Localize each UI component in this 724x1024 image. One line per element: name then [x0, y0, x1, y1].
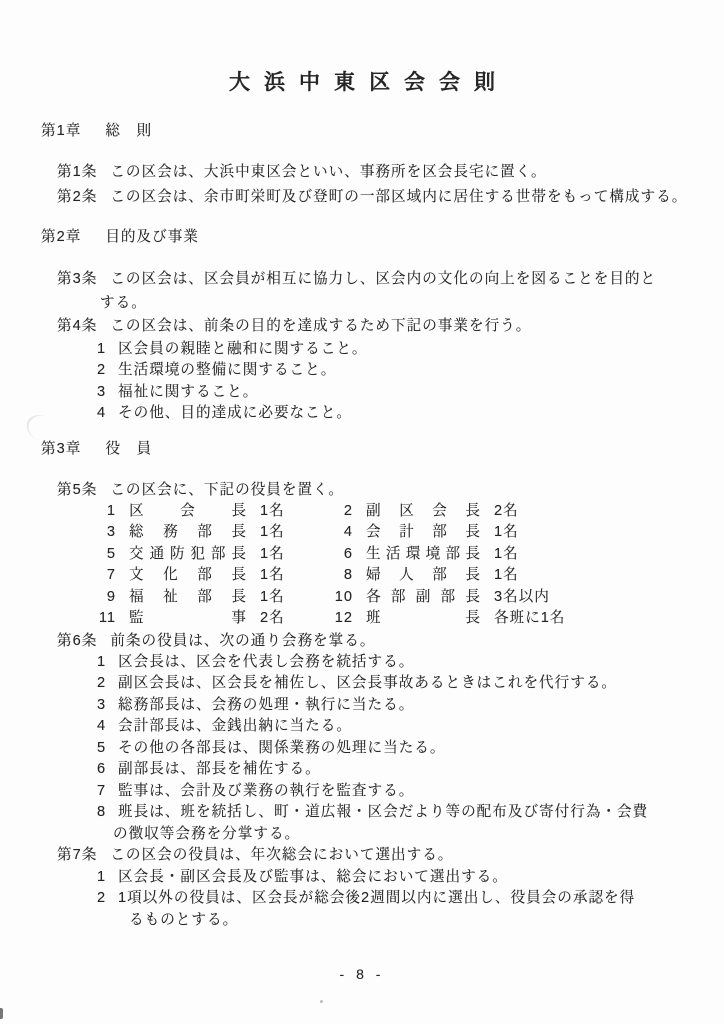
list-item: 6副部長は、部長を補佐する。: [0, 759, 724, 781]
list-item: 2生活環境の整備に関すること。: [0, 360, 724, 382]
list-item: 4会計部長は、金銭出納に当たる。: [0, 716, 724, 738]
officer-number: 6: [333, 544, 353, 566]
article-6: 第6条前条の役員は、次の通り会務を掌る。: [0, 630, 724, 652]
article-1-text: この区会は、大浜中東区会といい、事務所を区会長宅に置く。: [110, 164, 546, 180]
scanned-document-page: 大浜中東区会会則 第1章総 則 第1条この区会は、大浜中東区会といい、事務所を区…: [0, 0, 724, 1024]
officer-number: 11: [92, 608, 116, 630]
list-item: 1区会長・副区会長及び監事は、総会において選出する。: [0, 867, 724, 889]
officer-title: 副区会長: [366, 501, 481, 523]
article-7-label: 第7条: [57, 847, 97, 863]
scan-speck: [0, 1008, 3, 1019]
officer-title: 監事: [129, 608, 247, 630]
chapter-1-heading: 第1章総 則: [0, 120, 724, 142]
list-item: 8班長は、班を統括し、町・道広報・区会だより等の配布及び寄付行為・会費: [0, 802, 724, 824]
article-3-continuation: する。: [0, 292, 724, 316]
officer-title: 生活環境部長: [366, 544, 481, 566]
item-number: 3: [97, 695, 118, 717]
item-number: 6: [97, 759, 118, 781]
article-7: 第7条この区会の役員は、年次総会において選出する。: [0, 845, 724, 867]
list-item: 3福祉に関すること。: [0, 382, 724, 404]
item-number: 8: [97, 802, 118, 824]
item-number: 1: [97, 652, 118, 674]
item-number: 4: [97, 403, 118, 425]
item-number: 3: [97, 382, 118, 404]
officer-title: 各部副部長: [366, 587, 481, 609]
item-number: 7: [97, 781, 118, 803]
articles-3-4: 第3条この区会は、区会員が相互に協力し、区会内の文化の向上を図ることを目的と す…: [0, 268, 724, 339]
article-6-items: 1区会長は、区会を代表し会務を統括する。 2副区会長は、区会長を補佐し、区会長事…: [0, 652, 724, 846]
officer-title: 区会長: [129, 501, 247, 523]
list-item: 2副区会長は、区会長を補佐し、区会長事故あるときはこれを代行する。: [0, 673, 724, 695]
item-text-wrap: の徴収等会務を分掌する。: [0, 826, 300, 842]
document-title: 大浜中東区会会則: [0, 70, 724, 96]
item-text: 監事は、会計及び業務の執行を監査する。: [118, 783, 414, 799]
list-item: 1区会員の親睦と融和に関すること。: [0, 339, 724, 361]
list-item-continuation: るものとする。: [0, 910, 724, 932]
chapter-1-title: 総 則: [105, 123, 152, 139]
officer-count: 1名: [494, 565, 724, 587]
item-text: 総務部長は、会務の処理・執行に当たる。: [118, 697, 414, 713]
officer-count: 1名: [494, 522, 724, 544]
officer-number: 7: [92, 565, 116, 587]
article-4-text: この区会は、前条の目的を達成するため下記の事業を行う。: [110, 318, 531, 334]
list-item-continuation: の徴収等会務を分掌する。: [0, 824, 724, 846]
officer-count: 1名: [260, 587, 320, 609]
officer-number: 4: [333, 522, 353, 544]
article-4-items: 1区会員の親睦と融和に関すること。 2生活環境の整備に関すること。 3福祉に関す…: [0, 339, 724, 425]
article-5-label: 第5条: [57, 482, 97, 498]
item-text: 区会長・副区会長及び監事は、総会において選出する。: [118, 869, 508, 885]
item-number: 2: [97, 360, 118, 382]
article-3-text-line2: する。: [57, 295, 147, 311]
officer-count: 各班に1名: [494, 608, 724, 630]
item-text: その他の各部長は、関係業務の処理に当たる。: [118, 740, 445, 756]
officer-count: 2名: [260, 608, 320, 630]
article-5-text: この区会に、下記の役員を置く。: [110, 482, 344, 498]
article-2-label: 第2条: [57, 189, 97, 205]
article-1-label: 第1条: [57, 164, 97, 180]
list-item: 5その他の各部長は、関係業務の処理に当たる。: [0, 738, 724, 760]
officer-count: 3名以内: [494, 587, 724, 609]
article-6-text: 前条の役員は、次の通り会務を掌る。: [110, 633, 375, 649]
officer-count: 2名: [494, 501, 724, 523]
page-number: - 8 -: [0, 966, 724, 982]
officer-number: 1: [92, 501, 116, 523]
list-item: 3総務部長は、会務の処理・執行に当たる。: [0, 695, 724, 717]
officer-title: 婦人部長: [366, 565, 481, 587]
officer-number: 9: [92, 587, 116, 609]
officer-count: 1名: [260, 544, 320, 566]
article-7-block: 第7条この区会の役員は、年次総会において選出する。 1区会長・副区会長及び監事は…: [0, 845, 724, 931]
article-1: 第1条この区会は、大浜中東区会といい、事務所を区会長宅に置く。: [0, 160, 724, 185]
list-item: 7監事は、会計及び業務の執行を監査する。: [0, 781, 724, 803]
officer-title: 福祉部長: [129, 587, 247, 609]
item-number: 1: [97, 867, 118, 889]
officer-title: 会計部長: [366, 522, 481, 544]
article-2-text: この区会は、余市町栄町及び登町の一部区域内に居住する世帯をもって構成する。: [110, 189, 687, 205]
item-text: その他、目的達成に必要なこと。: [118, 405, 352, 421]
item-text: 副区会長は、区会長を補佐し、区会長事故あるときはこれを代行する。: [118, 675, 617, 691]
chapter-3-heading: 第3章役 員: [0, 438, 724, 460]
chapter-3-title: 役 員: [105, 441, 152, 457]
officer-title: 交通防犯部長: [129, 544, 247, 566]
officer-number: 8: [333, 565, 353, 587]
list-item: 4その他、目的達成に必要なこと。: [0, 403, 724, 425]
officer-title: 班長: [366, 608, 481, 630]
item-number: 2: [97, 673, 118, 695]
item-number: 5: [97, 738, 118, 760]
chapter-2-title: 目的及び事業: [105, 229, 199, 245]
chapter-1-label: 第1章: [41, 123, 81, 139]
item-number: 1: [97, 339, 118, 361]
officer-number: 5: [92, 544, 116, 566]
officer-title: 文化部長: [129, 565, 247, 587]
officer-number: 3: [92, 522, 116, 544]
article-3: 第3条この区会は、区会員が相互に協力し、区会内の文化の向上を図ることを目的と: [0, 268, 724, 292]
article-4: 第4条この区会は、前条の目的を達成するため下記の事業を行う。: [0, 315, 724, 339]
item-text: 区会員の親睦と融和に関すること。: [118, 341, 368, 357]
officer-count: 1名: [260, 501, 320, 523]
officer-table: 1 区会長 1名 2 副区会長 2名 3 総務部長 1名 4 会計部長 1名 5…: [0, 501, 724, 630]
article-2: 第2条この区会は、余市町栄町及び登町の一部区域内に居住する世帯をもって構成する。: [0, 185, 724, 210]
article-5: 第5条この区会に、下記の役員を置く。: [0, 479, 724, 501]
officer-number: 10: [333, 587, 353, 609]
officer-title: 総務部長: [129, 522, 247, 544]
article-3-text-line1: この区会は、区会員が相互に協力し、区会内の文化の向上を図ることを目的と: [110, 271, 656, 287]
officer-number: 12: [333, 608, 353, 630]
item-text: 1項以外の役員は、区会長が総会後2週間以内に選出し、役員会の承認を得: [118, 890, 635, 906]
officer-number: 2: [333, 501, 353, 523]
item-text: 副部長は、部長を補佐する。: [118, 761, 321, 777]
item-text: 会計部長は、金銭出納に当たる。: [118, 718, 352, 734]
item-text: 福祉に関すること。: [118, 384, 258, 400]
item-text: 区会長は、区会を代表し会務を統括する。: [118, 654, 414, 670]
article-4-label: 第4条: [57, 318, 97, 334]
articles-1-2: 第1条この区会は、大浜中東区会といい、事務所を区会長宅に置く。 第2条この区会は…: [0, 160, 724, 210]
item-number: 2: [97, 888, 118, 910]
item-text-wrap: るものとする。: [0, 912, 238, 928]
officer-count: 1名: [260, 522, 320, 544]
list-item: 21項以外の役員は、区会長が総会後2週間以内に選出し、役員会の承認を得: [0, 888, 724, 910]
chapter-2-label: 第2章: [41, 229, 81, 245]
article-7-text: この区会の役員は、年次総会において選出する。: [110, 847, 453, 863]
item-text: 班長は、班を統括し、町・道広報・区会だより等の配布及び寄付行為・会費: [118, 804, 648, 820]
officer-count: 1名: [260, 565, 320, 587]
article-6-label: 第6条: [57, 633, 97, 649]
chapter-2-heading: 第2章目的及び事業: [0, 226, 724, 248]
officer-count: 1名: [494, 544, 724, 566]
list-item: 1区会長は、区会を代表し会務を統括する。: [0, 652, 724, 674]
article-3-label: 第3条: [57, 271, 97, 287]
item-text: 生活環境の整備に関すること。: [118, 362, 336, 378]
item-number: 4: [97, 716, 118, 738]
scan-speck: [320, 1000, 323, 1003]
